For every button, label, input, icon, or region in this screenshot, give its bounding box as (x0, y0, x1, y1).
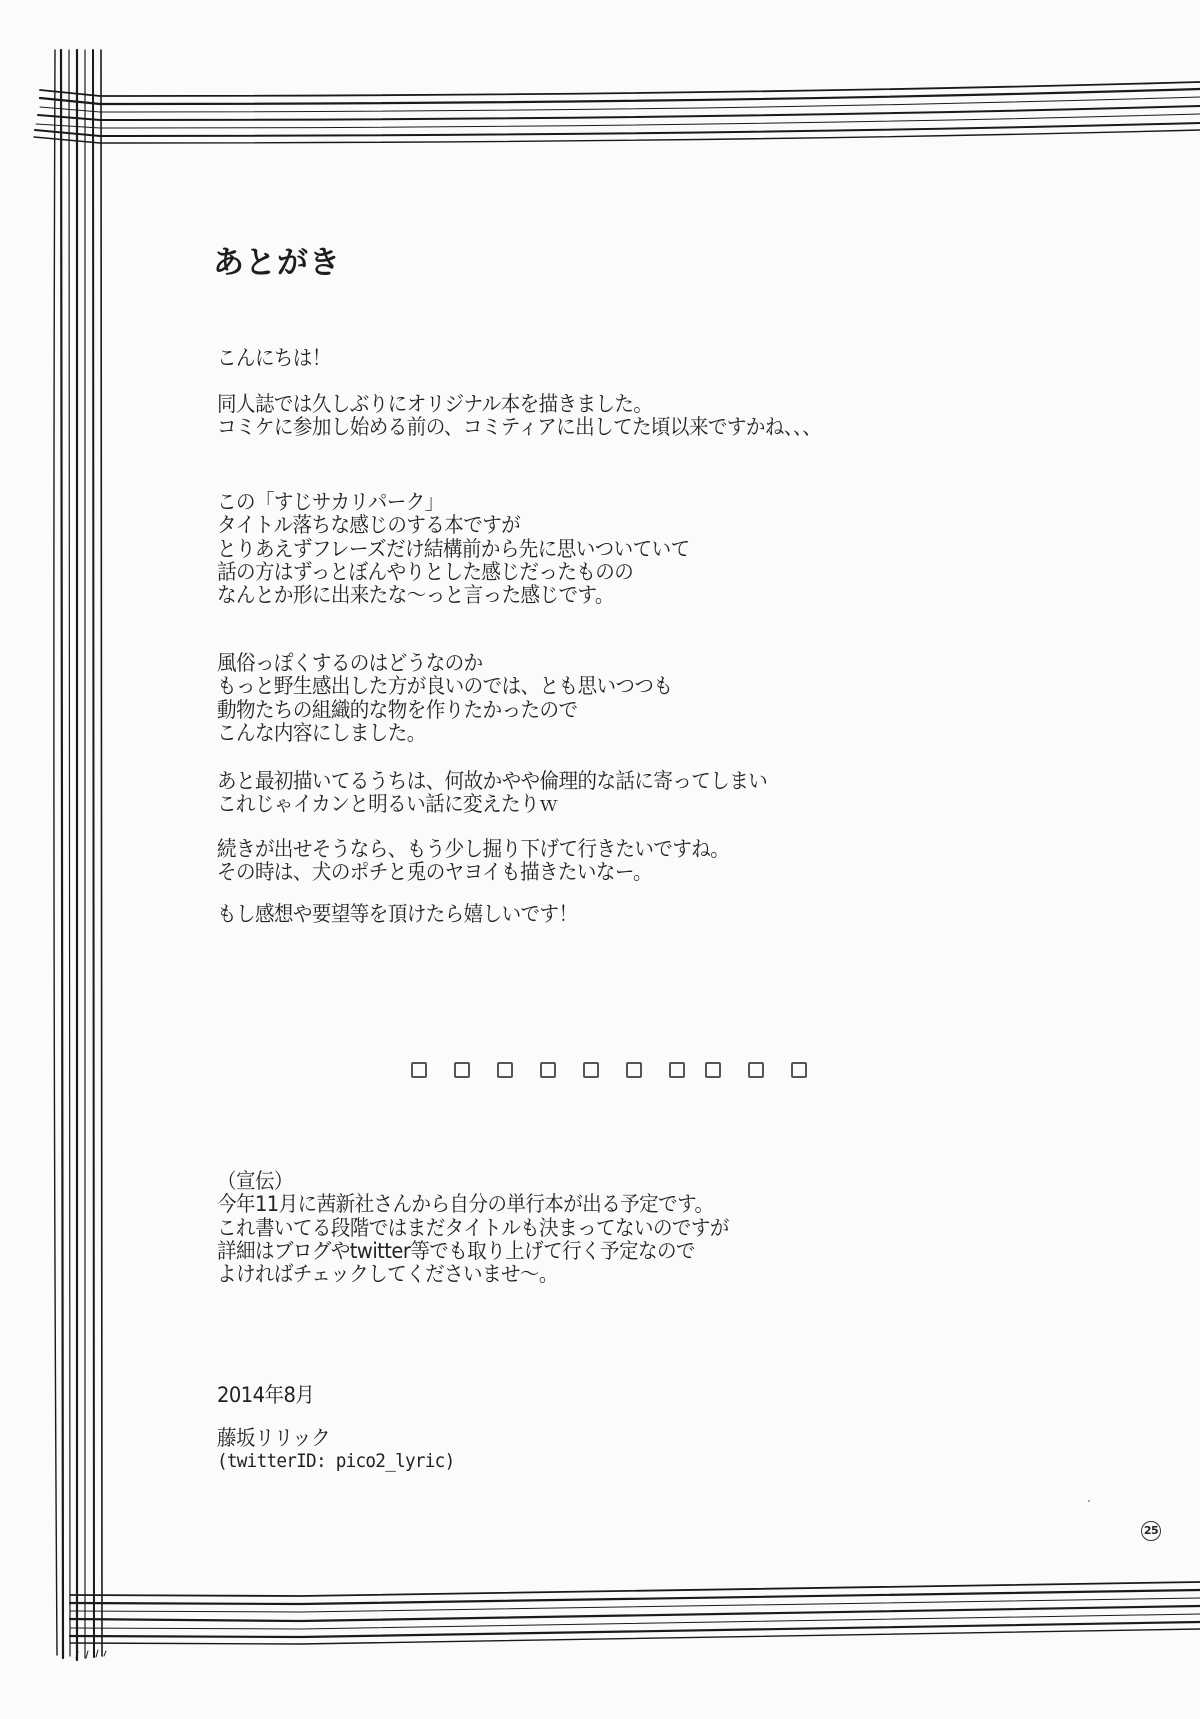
text-line: タイトル落ちな感じのする本ですが (217, 514, 690, 537)
text-line: こんにちは！ (217, 347, 331, 370)
text-line: これじゃイカンと明るい話に変えたりｗ (217, 793, 767, 816)
square-glyph-icon (411, 1062, 427, 1078)
greeting: こんにちは！ (217, 347, 339, 370)
text-line: その時は、犬のポチと兎のヤヨイも描きたいなー。 (217, 861, 729, 884)
text-line: 詳細はブログやtwitter等でも取り上げて行く予定なので (217, 1240, 729, 1263)
text-line: 今年11月に茜新社さんから自分の単行本が出る予定です。 (217, 1193, 729, 1216)
text-line: 動物たちの組織的な物を作りたかったので (217, 699, 672, 722)
square-glyph-icon (705, 1062, 721, 1078)
square-glyph-icon (540, 1062, 556, 1078)
square-glyph-icon (626, 1062, 642, 1078)
page-number: 25 (1141, 1521, 1161, 1541)
text-line: 同人誌では久しぶりにオリジナル本を描きました。 (217, 393, 821, 416)
paragraph-first-draft: あと最初描いてるうちは、何故かやや倫理的な話に寄ってしまい これじゃイカンと明る… (217, 770, 809, 817)
square-glyph-icon (454, 1062, 470, 1078)
signature-date: 2014年8月 (217, 1384, 322, 1407)
square-glyph-icon (748, 1062, 764, 1078)
signature-author: 藤坂リリック (twitterID: pico2_lyric) (217, 1427, 472, 1474)
paragraph-content: 風俗っぽくするのはどうなのか もっと野生感出した方が良いのでは、とも思いつつも … (217, 652, 707, 745)
afterword-page: あとがき こんにちは！ 同人誌では久しぶりにオリジナル本を描きました。 コミケに… (0, 0, 1200, 1719)
author-name: 藤坂リリック (217, 1427, 454, 1450)
text-line: なんとか形に出来たな～っと言った感じです。 (217, 584, 690, 607)
date-text: 2014年8月 (217, 1384, 314, 1407)
text-line: もし感想や要望等を頂けたら嬉しいです！ (217, 903, 577, 926)
paragraph-title-story: この「すじサカリパーク」 タイトル落ちな感じのする本ですが とりあえずフレーズだ… (217, 491, 725, 607)
text-line: とりあえずフレーズだけ結構前から先に思いついていて (217, 538, 690, 561)
text-line: 話の方はずっとぼんやりとした感じだったものの (217, 561, 690, 584)
text-line: 続きが出せそうなら、もう少し掘り下げて行きたいですね。 (217, 838, 729, 861)
square-glyph-icon (583, 1062, 599, 1078)
square-glyph-icon (669, 1062, 685, 1078)
square-glyph-icon (791, 1062, 807, 1078)
paper-speck (1088, 1500, 1090, 1502)
paragraph-intro: 同人誌では久しぶりにオリジナル本を描きました。 コミケに参加し始める前の、コミテ… (217, 393, 867, 440)
text-line: 風俗っぽくするのはどうなのか (217, 652, 672, 675)
text-line: これ書いてる段階ではまだタイトルも決まってないのですが (217, 1217, 729, 1240)
text-line: コミケに参加し始める前の、コミティアに出してた頃以来ですかね、、、 (217, 416, 821, 439)
square-glyph-icon (497, 1062, 513, 1078)
text-line: あと最初描いてるうちは、何故かやや倫理的な話に寄ってしまい (217, 770, 767, 793)
paragraph-feedback: もし感想や要望等を頂けたら嬉しいです！ (217, 903, 605, 926)
separator-squares (0, 1062, 1200, 1082)
text-line: こんな内容にしました。 (217, 722, 672, 745)
text-line: よければチェックしてくださいませ～。 (217, 1263, 729, 1286)
twitter-id: (twitterID: pico2_lyric) (217, 1450, 454, 1473)
text-line: （宣伝） (217, 1170, 729, 1193)
text-line: もっと野生感出した方が良いのでは、とも思いつつも (217, 675, 672, 698)
paragraph-sequel: 続きが出せそうなら、もう少し掘り下げて行きたいですね。 その時は、犬のポチと兎の… (217, 838, 768, 885)
text-line: この「すじサカリパーク」 (217, 491, 690, 514)
promotion-block: （宣伝） 今年11月に茜新社さんから自分の単行本が出る予定です。 これ書いてる段… (217, 1170, 767, 1286)
page-title: あとがき (213, 245, 341, 281)
